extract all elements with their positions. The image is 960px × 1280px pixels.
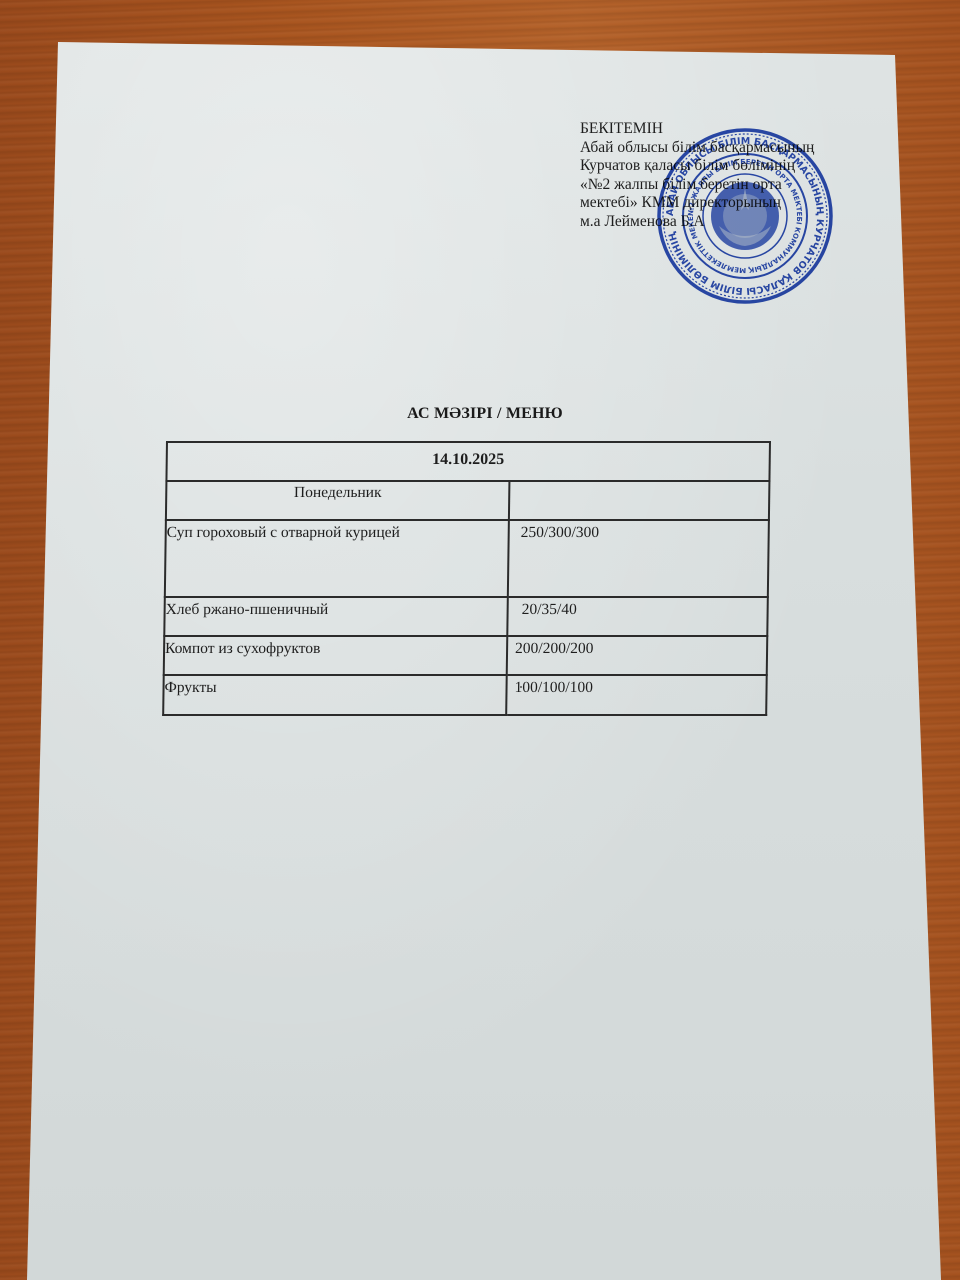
emblem-icon: [711, 182, 779, 250]
table-row: Фрукты 100/100/100: [163, 675, 767, 715]
document-title: АС МӘЗІРІ / МЕНЮ: [0, 405, 960, 423]
dish-portion: 200/200/200: [507, 636, 768, 675]
ink-speck: [520, 686, 522, 688]
dish-name: Компот из сухофруктов: [164, 636, 508, 675]
dish-name: Хлеб ржано-пшеничный: [164, 597, 508, 636]
menu-day: Понедельник: [166, 481, 510, 520]
empty-header-cell: [509, 481, 770, 520]
dish-portion: 20/35/40: [507, 597, 768, 636]
table-row: Хлеб ржано-пшеничный 20/35/40: [164, 597, 768, 636]
dish-name: Суп гороховый с отварной курицей: [165, 520, 509, 597]
official-stamp-icon: АБАЙ ОБЛЫСЫ БІЛІМ БАСҚАРМАСЫНЫҢ КУРЧАТОВ…: [655, 126, 835, 306]
dish-portion: 250/300/300: [508, 520, 769, 597]
table-row: Суп гороховый с отварной курицей 250/300…: [165, 520, 769, 597]
menu-date: 14.10.2025: [166, 442, 770, 481]
table-row: Компот из сухофруктов 200/200/200: [164, 636, 768, 675]
dish-name: Фрукты: [163, 675, 507, 715]
dish-portion: 100/100/100: [506, 675, 767, 715]
menu-table: 14.10.2025 Понедельник Суп гороховый с о…: [162, 441, 771, 716]
